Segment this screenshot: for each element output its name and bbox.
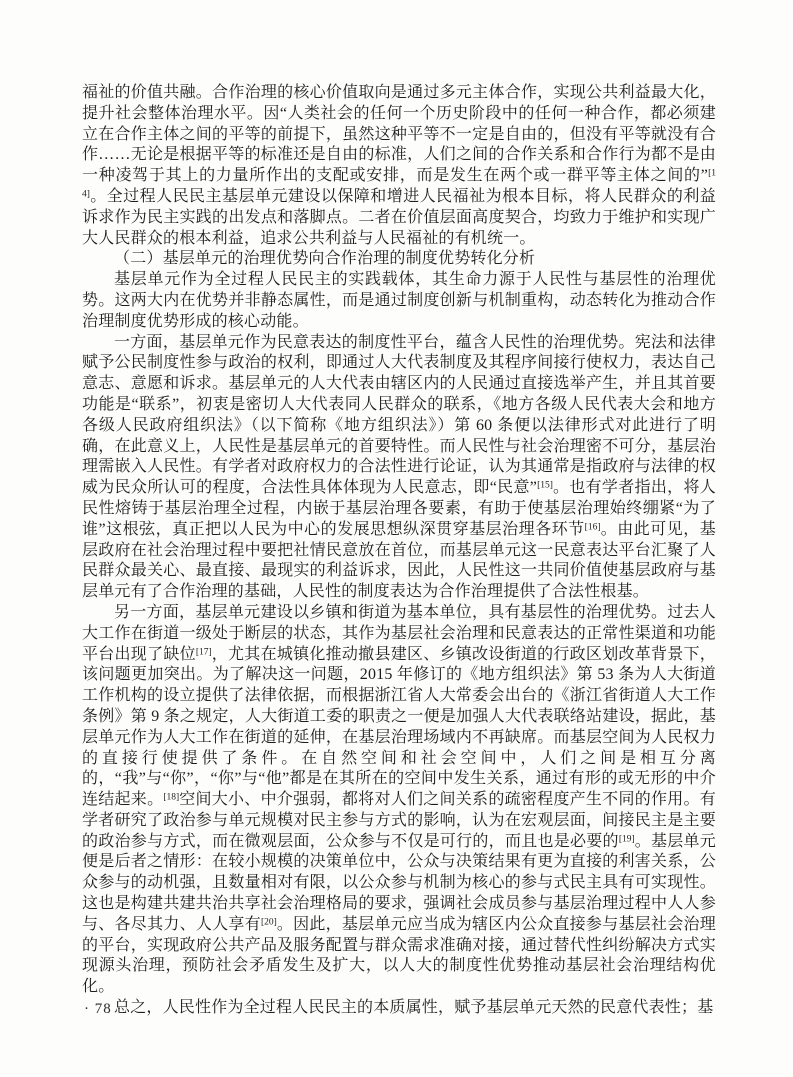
text-run: 福祉的价值共融。合作治理的核心价值取向是通过多元主体合作，实现公共利益最大化，提… — [82, 84, 716, 184]
paragraph-summary: 总之，人民性作为全过程人民民主的本质属性，赋予基层单元天然的民意代表性；基 — [82, 998, 716, 1019]
text-run: 。全过程人民民主基层单元建设以保障和增进人民福祉为根本目标，将人民群众的利益诉求… — [82, 188, 716, 247]
text-run: 一方面，基层单元作为民意表达的制度性平台，蕴含人民性的治理优势。宪法和法律赋予公… — [82, 334, 716, 497]
paragraph-grassroots-nature: 另一方面，基层单元建设以乡镇和街道为基本单位，具有基层性的治理优势。过去人大工作… — [82, 603, 716, 998]
text-run: 总之，人民性作为全过程人民民主的本质属性，赋予基层单元天然的民意代表性；基 — [114, 999, 713, 1016]
paragraph-value-fusion: 福祉的价值共融。合作治理的核心价值取向是通过多元主体合作，实现公共利益最大化，提… — [82, 83, 716, 249]
document-body: 福祉的价值共融。合作治理的核心价值取向是通过多元主体合作，实现公共利益最大化，提… — [82, 83, 716, 1019]
paragraph-advantage-overview: 基层单元作为全过程人民民主的实践载体，其生命力源于人民性与基层性的治理优势。这两… — [82, 270, 716, 332]
footnote-ref: [18] — [163, 793, 179, 803]
document-page: 福祉的价值共融。合作治理的核心价值取向是通过多元主体合作，实现公共利益最大化，提… — [0, 0, 793, 1077]
page-number: · 78 · — [84, 1001, 123, 1018]
footnote-ref: [15] — [537, 481, 553, 491]
paragraph-people-nature: 一方面，基层单元作为民意表达的制度性平台，蕴含人民性的治理优势。宪法和法律赋予公… — [82, 333, 716, 603]
section-heading: （二）基层单元的治理优势向合作治理的制度优势转化分析 — [82, 249, 716, 270]
text-run: 基层单元作为全过程人民民主的实践载体，其生命力源于人民性与基层性的治理优势。这两… — [82, 271, 716, 330]
footnote-ref: [16] — [585, 522, 601, 532]
footnote-ref: [20] — [261, 917, 277, 927]
footnote-ref: [17] — [196, 647, 212, 657]
text-run: ，尤其在城镇化推动撤县建区、乡镇改设街道的行政区划改革背景下，该问题更加突出。为… — [82, 646, 716, 809]
footnote-ref: [19] — [619, 834, 635, 844]
text-run: （二）基层单元的治理优势向合作治理的制度优势转化分析 — [114, 250, 535, 267]
